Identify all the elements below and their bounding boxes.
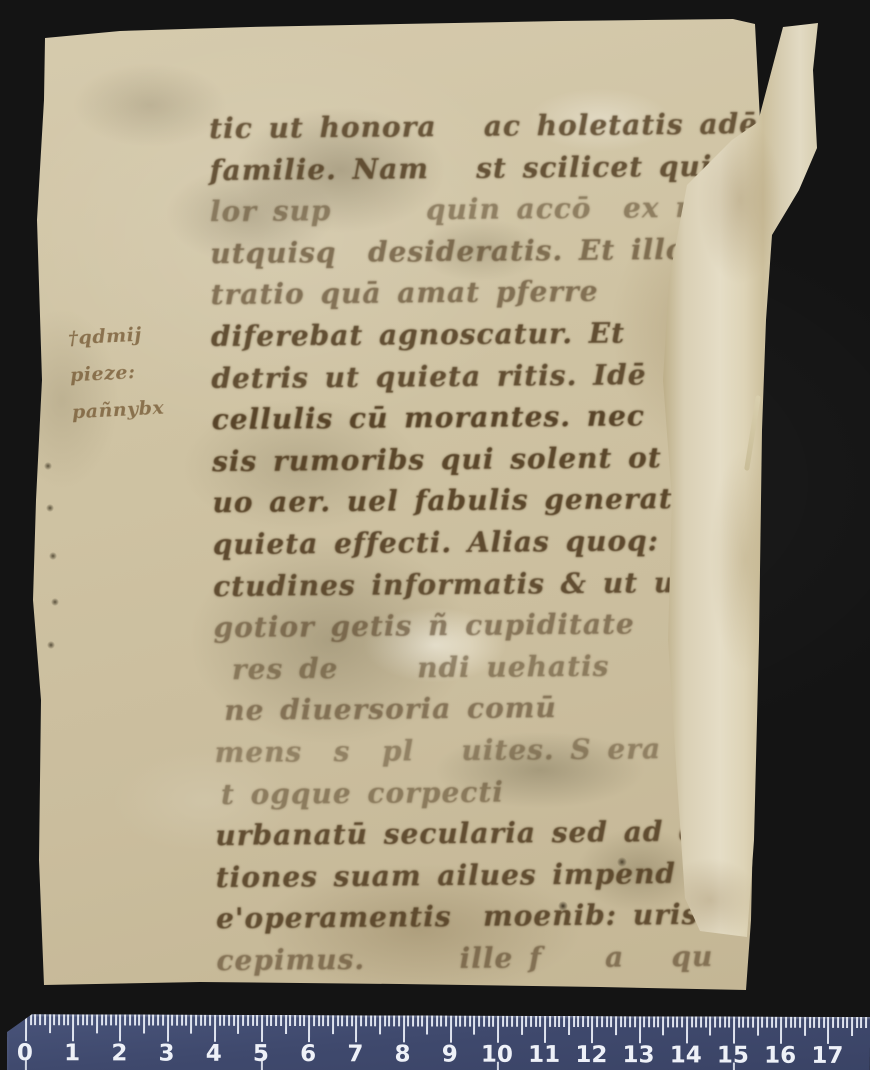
ruler-tick [568, 1016, 570, 1035]
manuscript-line: lor sup quin accō ex mi [210, 187, 690, 233]
ruler-tick [86, 1014, 88, 1025]
ruler-tick [412, 1015, 414, 1026]
ruler-tick [464, 1016, 466, 1027]
ruler-number: 4 [206, 1041, 222, 1067]
ruler-tick [374, 1015, 376, 1026]
ruler-tick [143, 1014, 145, 1033]
ruler-tick [327, 1015, 329, 1026]
ruler-tick [426, 1015, 428, 1034]
ruler-tick [341, 1015, 343, 1026]
ruler-tick [393, 1015, 395, 1026]
ruler-tick [332, 1015, 334, 1034]
ruler-tick [459, 1016, 461, 1027]
ruler-tick [629, 1016, 631, 1027]
ruler-tick [455, 1016, 457, 1027]
ruler-tick [186, 1015, 188, 1026]
ruler-tick [422, 1015, 424, 1026]
ruler-tick [68, 1014, 70, 1025]
cm-ruler: 01234567891011121314151617 [0, 1014, 870, 1070]
ruler-tick [813, 1017, 815, 1028]
ruler-tick [308, 1015, 310, 1042]
ruler-tick [738, 1017, 740, 1028]
manuscript-line: cellulis cū morantes. nec [212, 395, 692, 441]
ruler-tick [388, 1015, 390, 1026]
manuscript-line: diferebat agnoscatur. Et [211, 312, 691, 358]
ruler-tick [554, 1016, 556, 1027]
ruler-tick [176, 1015, 178, 1026]
ruler-tick [488, 1016, 490, 1027]
ruler-tick [469, 1016, 471, 1027]
ruler-tick [252, 1015, 254, 1026]
ruler-tick [167, 1015, 169, 1042]
ruler-tick [34, 1014, 36, 1025]
ruler-tick [138, 1014, 140, 1025]
ruler-tick [110, 1014, 112, 1025]
marginal-note-line: pañnybx [71, 390, 165, 432]
ruler-tick [270, 1015, 272, 1026]
manuscript-line: quieta effecti. Alias quoq: u [213, 520, 693, 566]
ruler-tick [228, 1015, 230, 1026]
ruler-tick [502, 1016, 504, 1027]
ruler-tick [794, 1017, 796, 1028]
ruler-tick [634, 1016, 636, 1027]
ruler-ticks [0, 1014, 870, 1017]
ruler-number: 15 [717, 1043, 749, 1069]
ruler-tick [827, 1017, 829, 1044]
ruler-tick [403, 1015, 405, 1042]
ruler-number: 5 [253, 1041, 269, 1067]
photo-stage: tic ut honora ac holetatis adēfamilie. N… [0, 0, 870, 1070]
ruler-tick [337, 1015, 339, 1026]
ruler-tick [483, 1016, 485, 1027]
ruler-tick [771, 1017, 773, 1028]
ruler-tick [478, 1016, 480, 1027]
ruler-number: 1 [64, 1040, 80, 1066]
manuscript-line: t ogque corpecti [215, 769, 695, 815]
marginal-note: †qdmijpieze:pañnybx [67, 316, 165, 432]
ruler-tick [30, 1014, 32, 1025]
ruler-tick [643, 1016, 645, 1027]
ruler-tick [370, 1015, 372, 1026]
ruler-tick [129, 1014, 131, 1025]
ruler-tick [436, 1016, 438, 1027]
ruler-tick [563, 1016, 565, 1027]
manuscript-line: tratio quā amat pferre [210, 270, 690, 316]
manuscript-line: utquisq desideratis. Et illo [210, 229, 690, 275]
ruler-tick [714, 1016, 716, 1027]
ruler-tick [233, 1015, 235, 1026]
ruler-tick [610, 1016, 612, 1027]
ruler-number: 3 [159, 1041, 175, 1067]
ruler-tick [171, 1015, 173, 1026]
ruler-number: 12 [575, 1042, 607, 1068]
marginal-note-line: †qdmij [67, 316, 161, 358]
ruler-tick [596, 1016, 598, 1027]
ruler-tick [313, 1015, 315, 1026]
ruler-tick [497, 1016, 499, 1043]
ruler-number: 6 [300, 1041, 316, 1067]
ruler-tick [63, 1014, 65, 1025]
ruler-tick [577, 1016, 579, 1027]
ruler-tick [247, 1015, 249, 1026]
ruler-tick [591, 1016, 593, 1043]
ruler-tick [492, 1016, 494, 1027]
ruler-tick [695, 1016, 697, 1027]
manuscript-line: detris ut quieta ritis. Idē [211, 353, 691, 399]
ruler-tick [676, 1016, 678, 1027]
ruler-number: 7 [347, 1041, 363, 1067]
ruler-tick [299, 1015, 301, 1026]
ruler-number: 8 [394, 1041, 410, 1067]
ruler-tick [544, 1016, 546, 1043]
ruler-tick [134, 1014, 136, 1025]
ruler-tick [450, 1016, 452, 1043]
ruler-tick [662, 1016, 664, 1035]
manuscript-line: urbanatū secularia sed ad de [215, 811, 695, 857]
ruler-tick [209, 1015, 211, 1026]
ruler-tick [742, 1017, 744, 1028]
ruler-tick [809, 1017, 811, 1028]
ruler-tick [124, 1014, 126, 1025]
manuscript-line: mens s pl uites. S era [214, 728, 694, 774]
ruler-tick [266, 1015, 268, 1026]
ruler-tick [261, 1015, 263, 1042]
ruler-tick [672, 1016, 674, 1027]
ruler-tick [842, 1017, 844, 1028]
ruler-tick [157, 1015, 159, 1026]
ruler-tick [558, 1016, 560, 1027]
ruler-tick [521, 1016, 523, 1035]
ruler-number: 0 [17, 1040, 33, 1066]
ruler-tick [511, 1016, 513, 1027]
manuscript-text-block: tic ut honora ac holetatis adēfamilie. N… [209, 104, 697, 1023]
ruler-tick [195, 1015, 197, 1026]
ruler-tick [214, 1015, 216, 1042]
ruler-tick [582, 1016, 584, 1027]
ruler-tick [700, 1016, 702, 1027]
ruler-tick [440, 1016, 442, 1027]
ruler-tick [776, 1017, 778, 1028]
ruler-tick [294, 1015, 296, 1026]
ruler-tick [780, 1017, 782, 1044]
ruler-tick [39, 1014, 41, 1025]
ruler-number: 16 [764, 1043, 796, 1069]
ruler-tick [620, 1016, 622, 1027]
ruler-tick [719, 1017, 721, 1028]
ruler-tick [256, 1015, 258, 1026]
ruler-tick [82, 1014, 84, 1025]
ruler-tick [148, 1015, 150, 1026]
ruler-tick [747, 1017, 749, 1028]
ruler-number: 17 [811, 1043, 843, 1069]
manuscript-line: e'operamentis moenib: uris [216, 894, 696, 940]
ruler-tick [181, 1015, 183, 1026]
ruler-number: 2 [111, 1040, 127, 1066]
ruler-tick [285, 1015, 287, 1034]
ruler-tick [119, 1014, 121, 1041]
ruler-tick [473, 1016, 475, 1035]
ruler-tick [856, 1017, 858, 1028]
manuscript-line: gotior getis ñ cupiditate [213, 603, 693, 649]
ruler-number: 9 [442, 1042, 458, 1068]
ruler-tick [96, 1014, 98, 1033]
ruler-tick [407, 1015, 409, 1026]
ruler-tick [766, 1017, 768, 1028]
ruler-tick [431, 1016, 433, 1027]
ruler-tick [384, 1015, 386, 1026]
ruler-tick [275, 1015, 277, 1026]
ruler-tick [573, 1016, 575, 1027]
ruler-tick [162, 1015, 164, 1026]
ruler-tick [237, 1015, 239, 1034]
ruler-tick [837, 1017, 839, 1028]
ruler-tick [398, 1015, 400, 1026]
ruler-tick [653, 1016, 655, 1027]
ruler-tick [417, 1015, 419, 1026]
ruler-tick [91, 1014, 93, 1025]
marginal-note-line: pieze: [69, 353, 163, 395]
ruler-tick [445, 1016, 447, 1027]
manuscript-line: familie. Nam st scilicet qui [209, 146, 689, 192]
ruler-tick [289, 1015, 291, 1026]
ruler-tick [49, 1014, 51, 1033]
ruler-tick [351, 1015, 353, 1026]
manuscript-line: ne diuersoria comū [214, 686, 694, 732]
ruler-tick [648, 1016, 650, 1027]
ruler-tick [865, 1017, 867, 1028]
ruler-tick [204, 1015, 206, 1026]
ruler-tick [152, 1015, 154, 1026]
ruler-tick [799, 1017, 801, 1028]
ruler-tick [304, 1015, 306, 1026]
ruler-tick [365, 1015, 367, 1026]
manuscript-line: cepimus. ille f a qu [216, 936, 696, 982]
ruler-tick [860, 1017, 862, 1028]
ruler-tick [25, 1014, 27, 1041]
ruler-tick [101, 1014, 103, 1025]
ruler-tick [72, 1014, 74, 1041]
ruler-tick [219, 1015, 221, 1026]
ruler-tick [823, 1017, 825, 1028]
ruler-tick [752, 1017, 754, 1028]
ruler-tick [606, 1016, 608, 1027]
ruler-tick [724, 1017, 726, 1028]
ruler-tick [832, 1017, 834, 1028]
ruler-tick [601, 1016, 603, 1027]
ruler-tick [709, 1016, 711, 1035]
manuscript-line: ctudines informatis & ut unū [213, 561, 693, 607]
ruler-tick [757, 1017, 759, 1036]
ruler-tick [105, 1014, 107, 1025]
ruler-number: 11 [528, 1042, 560, 1068]
ruler-tick [360, 1015, 362, 1026]
manuscript-line: res de ndi uehatis [214, 645, 694, 691]
ruler-tick [516, 1016, 518, 1027]
ruler-tick [115, 1014, 117, 1025]
ruler-tick [681, 1016, 683, 1027]
ruler-tick [587, 1016, 589, 1027]
ruler-tick [804, 1017, 806, 1036]
manuscript-line: sis rumoribs qui solent ot [212, 437, 692, 483]
ruler-tick [190, 1015, 192, 1034]
ruler-tick [667, 1016, 669, 1027]
ruler-tick [525, 1016, 527, 1027]
ruler-tick [639, 1016, 641, 1043]
ruler-number: 13 [622, 1042, 654, 1068]
ruler-tick [322, 1015, 324, 1026]
ruler-tick [691, 1016, 693, 1027]
ruler-tick [624, 1016, 626, 1027]
ruler-tick [846, 1017, 848, 1028]
ruler-tick [379, 1015, 381, 1034]
ruler-tick [280, 1015, 282, 1026]
ruler-tick [549, 1016, 551, 1027]
ruler-tick [540, 1016, 542, 1027]
manuscript-line: tic ut honora ac holetatis adē [209, 104, 689, 150]
ruler-tick [785, 1017, 787, 1028]
ruler-tick [818, 1017, 820, 1028]
ruler-tick [318, 1015, 320, 1026]
ruler-tick [506, 1016, 508, 1027]
ruler-tick [242, 1015, 244, 1026]
ruler-tick [705, 1016, 707, 1027]
ruler-tick [346, 1015, 348, 1026]
ruler-tick [355, 1015, 357, 1042]
manuscript-line: tiones suam ailues impend [216, 853, 696, 899]
ruler-tick [44, 1014, 46, 1025]
ruler-tick [851, 1017, 853, 1036]
ruler-tick [53, 1014, 55, 1025]
ruler-tick [535, 1016, 537, 1027]
ruler-tick [530, 1016, 532, 1027]
ruler-tick [728, 1017, 730, 1028]
ruler-tick [223, 1015, 225, 1026]
ruler-number: 10 [481, 1042, 513, 1068]
ruler-tick [761, 1017, 763, 1028]
ruler-tick [615, 1016, 617, 1035]
ruler-tick [733, 1017, 735, 1044]
ruler-tick [790, 1017, 792, 1028]
manuscript-line: uo aer. uel fabulis generat [212, 478, 692, 524]
ruler-tick [77, 1014, 79, 1025]
ruler-tick [686, 1016, 688, 1043]
ruler-tick [58, 1014, 60, 1025]
ruler-tick [658, 1016, 660, 1027]
ruler-tick [200, 1015, 202, 1026]
ruler-number: 14 [670, 1042, 702, 1068]
